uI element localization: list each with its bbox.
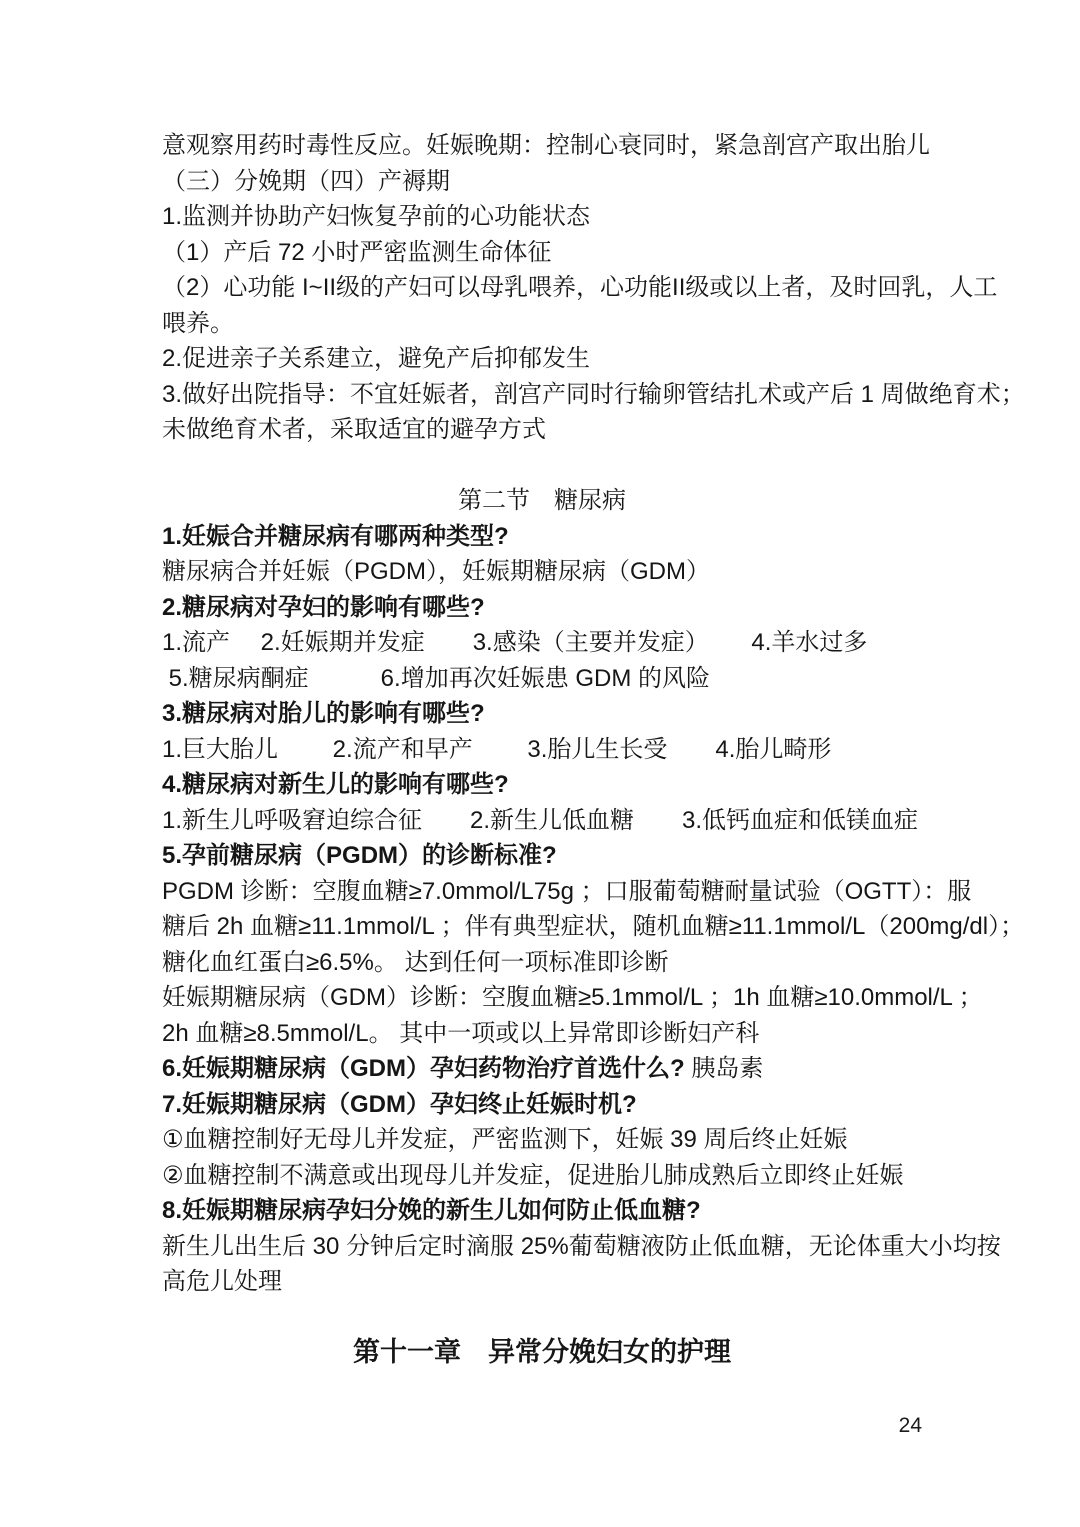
doc-line-body: PGDM 诊断：空腹血糖≥7.0mmol/L75g ；口服葡萄糖耐量试验（OGT… xyxy=(162,874,922,910)
doc-line-bold: 7.妊娠期糖尿病（GDM）孕妇终止妊娠时机? xyxy=(162,1087,922,1123)
document-content: 意观察用药时毒性反应。妊娠晚期：控制心衰同时，紧急剖宫产取出胎儿（三）分娩期（四… xyxy=(162,128,922,1371)
doc-line-bold: 5.孕前糖尿病（PGDM）的诊断标准? xyxy=(162,838,922,874)
doc-line-body: 1.巨大胎儿 2.流产和早产 3.胎儿生长受 4.胎儿畸形 xyxy=(162,732,922,768)
doc-line-segment: 6.妊娠期糖尿病（GDM）孕妇药物治疗首选什么? xyxy=(162,1055,691,1082)
doc-line-body: 1.监测并协助产妇恢复孕前的心功能状态 xyxy=(162,199,922,235)
doc-line-body: 喂养。 xyxy=(162,306,922,342)
doc-line-gap xyxy=(162,1300,922,1336)
doc-line-body: 2.促进亲子关系建立，避免产后抑郁发生 xyxy=(162,341,922,377)
doc-line-body: ②血糖控制不满意或出现母儿并发症，促进胎儿肺成熟后立即终止妊娠 xyxy=(162,1158,922,1194)
doc-line-bold: 8.妊娠期糖尿病孕妇分娩的新生儿如何防止低血糖? xyxy=(162,1193,922,1229)
doc-line-body: 1.流产 2.妊娠期并发症 3.感染（主要并发症） 4.羊水过多 xyxy=(162,625,922,661)
doc-line-bold: 2.糖尿病对孕妇的影响有哪些? xyxy=(162,590,922,626)
doc-line-bold: 1.妊娠合并糖尿病有哪两种类型? xyxy=(162,519,922,555)
doc-line-body: 3.做好出院指导：不宜妊娠者，剖宫产同时行输卵管结扎术或产后 1 周做绝育术； xyxy=(162,377,922,413)
doc-line-body: 高危儿处理 xyxy=(162,1264,922,1300)
doc-line-segment: 胰岛素 xyxy=(691,1055,763,1082)
doc-line-body: 2h 血糖≥8.5mmol/L。 其中一项或以上异常即诊断妇产科 xyxy=(162,1016,922,1052)
document-page: 意观察用药时毒性反应。妊娠晚期：控制心衰同时，紧急剖宫产取出胎儿（三）分娩期（四… xyxy=(0,0,1080,1527)
doc-line-body: 糖后 2h 血糖≥11.1mmol/L ；伴有典型症状，随机血糖≥11.1mmo… xyxy=(162,909,922,945)
doc-line-body: 未做绝育术者，采取适宜的避孕方式 xyxy=(162,412,922,448)
doc-line-mixed: 6.妊娠期糖尿病（GDM）孕妇药物治疗首选什么? 胰岛素 xyxy=(162,1051,922,1087)
doc-line-chapter: 第十一章 异常分娩妇女的护理 xyxy=(162,1335,922,1371)
doc-line-bold: 4.糖尿病对新生儿的影响有哪些? xyxy=(162,767,922,803)
doc-line-body: （1）产后 72 小时严密监测生命体征 xyxy=(162,235,922,271)
doc-line-body: 新生儿出生后 30 分钟后定时滴服 25%葡萄糖液防止低血糖，无论体重大小均按 xyxy=(162,1229,922,1265)
doc-line-gap xyxy=(162,448,922,484)
doc-line-body: （2）心功能 I~II级的产妇可以母乳喂养，心功能II级或以上者，及时回乳，人工 xyxy=(162,270,922,306)
doc-line-bold: 3.糖尿病对胎儿的影响有哪些? xyxy=(162,696,922,732)
doc-line-body: 意观察用药时毒性反应。妊娠晚期：控制心衰同时，紧急剖宫产取出胎儿 xyxy=(162,128,922,164)
doc-line-body: 妊娠期糖尿病（GDM）诊断：空腹血糖≥5.1mmol/L ；1h 血糖≥10.0… xyxy=(162,980,922,1016)
doc-line-body: 5.糖尿病酮症 6.增加再次妊娠患 GDM 的风险 xyxy=(162,661,922,697)
doc-line-body: （三）分娩期（四）产褥期 xyxy=(162,164,922,200)
doc-line-body: ①血糖控制好无母儿并发症，严密监测下，妊娠 39 周后终止妊娠 xyxy=(162,1122,922,1158)
doc-line-section: 第二节 糖尿病 xyxy=(162,483,922,519)
doc-line-body: 1.新生儿呼吸窘迫综合征 2.新生儿低血糖 3.低钙血症和低镁血症 xyxy=(162,803,922,839)
doc-line-body: 糖尿病合并妊娠（PGDM），妊娠期糖尿病（GDM） xyxy=(162,554,922,590)
doc-line-body: 糖化血红蛋白≥6.5%。 达到任何一项标准即诊断 xyxy=(162,945,922,981)
page-number: 24 xyxy=(899,1412,922,1440)
